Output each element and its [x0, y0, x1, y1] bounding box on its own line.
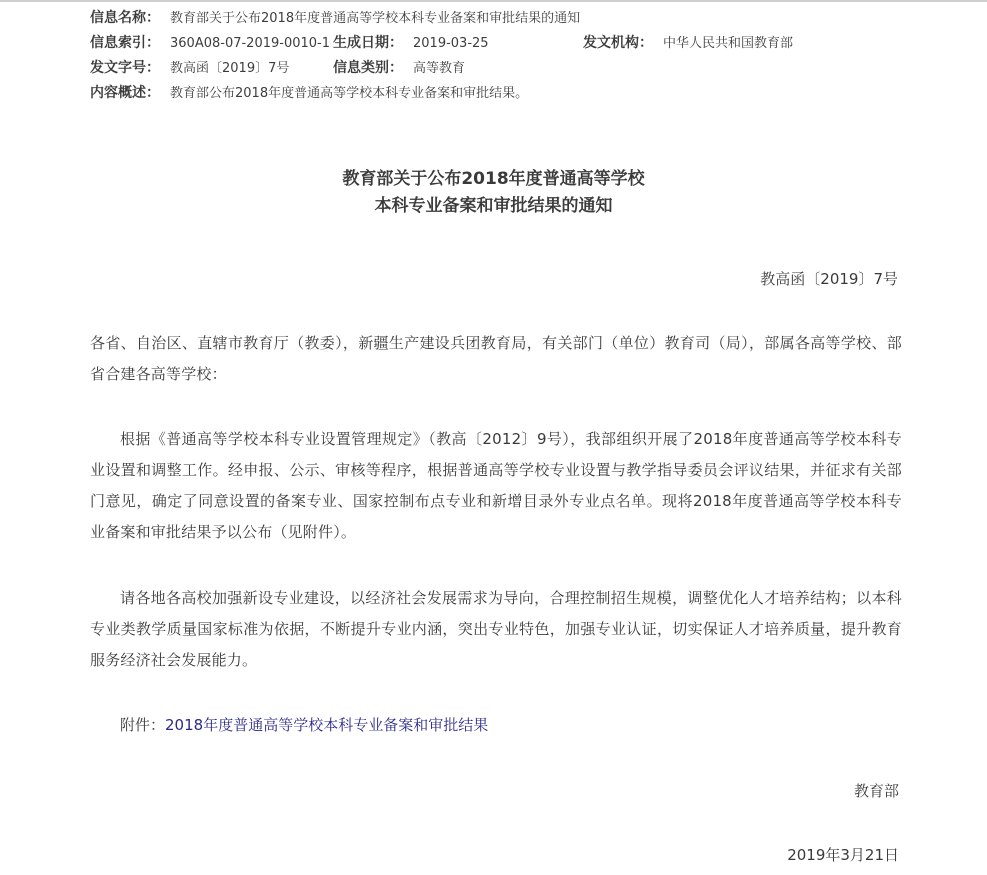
- meta-value-issuing-agency: 中华人民共和国教育部: [663, 31, 793, 56]
- signature-issuer: 教育部: [854, 779, 899, 803]
- document-title-line-1: 教育部关于公布2018年度普通高等学校: [0, 166, 987, 193]
- meta-label-generated-date: 生成日期：: [333, 31, 403, 56]
- meta-row-summary: 内容概述： 教育部公布2018年度普通高等学校本科专业备案和审批结果。: [90, 81, 910, 106]
- document-number: 教高函〔2019〕7号: [760, 267, 898, 291]
- meta-value-info-name: 教育部关于公布2018年度普通高等学校本科专业备案和审批结果的通知: [170, 6, 580, 31]
- meta-row-index: 信息索引： 360A08-07-2019-0010-1 生成日期： 2019-0…: [90, 31, 910, 56]
- meta-row-info-name: 信息名称： 教育部关于公布2018年度普通高等学校本科专业备案和审批结果的通知: [90, 6, 910, 31]
- meta-value-summary: 教育部公布2018年度普通高等学校本科专业备案和审批结果。: [170, 81, 528, 106]
- body-paragraph-1: 根据《普通高等学校本科专业设置管理规定》（教高〔2012〕9号），我部组织开展了…: [90, 424, 902, 548]
- meta-value-generated-date: 2019-03-25: [413, 31, 489, 56]
- meta-label-issuing-agency: 发文机构：: [583, 31, 653, 56]
- meta-label-category: 信息类别：: [333, 56, 403, 81]
- document-title: 教育部关于公布2018年度普通高等学校 本科专业备案和审批结果的通知: [0, 166, 987, 220]
- meta-value-doc-number: 教高函〔2019〕7号: [170, 56, 289, 81]
- meta-label-info-name: 信息名称：: [90, 6, 160, 31]
- attachment-label: 附件：: [120, 716, 165, 734]
- attachment-line: 附件：2018年度普通高等学校本科专业备案和审批结果: [120, 713, 488, 737]
- attachment-link[interactable]: 2018年度普通高等学校本科专业备案和审批结果: [165, 716, 488, 734]
- meta-row-doc-number: 发文字号： 教高函〔2019〕7号 信息类别： 高等教育: [90, 56, 910, 81]
- top-divider: [0, 0, 987, 2]
- info-metadata-panel: 信息名称： 教育部关于公布2018年度普通高等学校本科专业备案和审批结果的通知 …: [90, 6, 910, 106]
- meta-value-category: 高等教育: [413, 56, 465, 81]
- document-title-line-2: 本科专业备案和审批结果的通知: [0, 193, 987, 220]
- meta-value-info-index: 360A08-07-2019-0010-1: [170, 31, 330, 56]
- meta-label-doc-number: 发文字号：: [90, 56, 160, 81]
- meta-label-info-index: 信息索引：: [90, 31, 160, 56]
- meta-label-summary: 内容概述：: [90, 81, 160, 106]
- signature-date: 2019年3月21日: [787, 843, 899, 867]
- addressee-paragraph: 各省、自治区、直辖市教育厅（教委），新疆生产建设兵团教育局，有关部门（单位）教育…: [90, 328, 902, 390]
- body-paragraph-2: 请各地各高校加强新设专业建设，以经济社会发展需求为导向，合理控制招生规模，调整优…: [90, 583, 902, 676]
